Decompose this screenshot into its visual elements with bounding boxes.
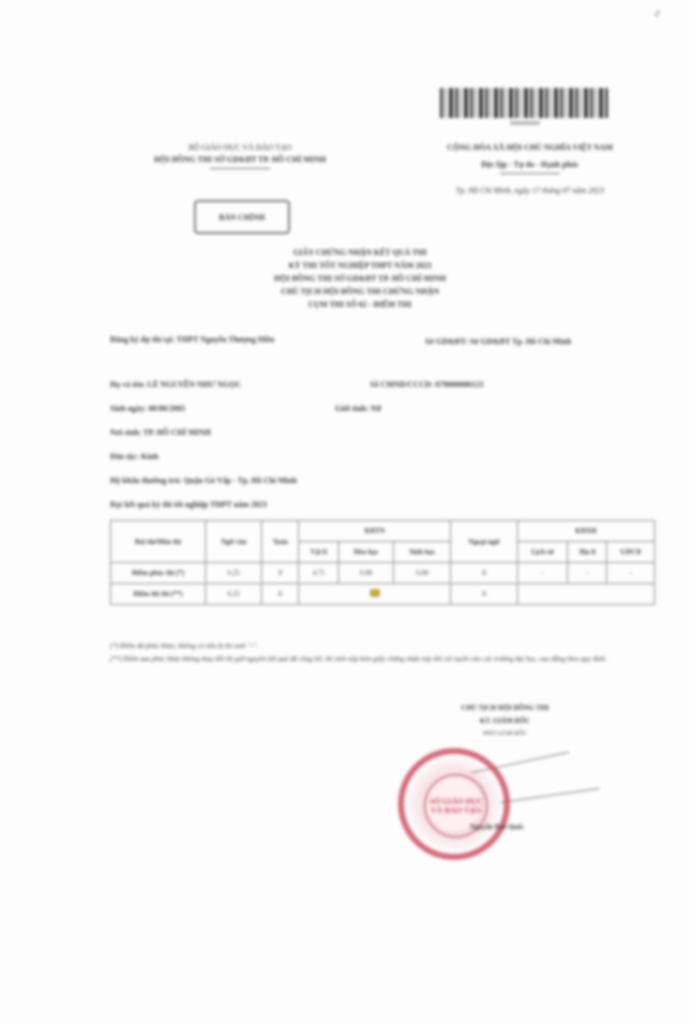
candidate-id: Số CMND/CCCD: 079000000123 — [370, 380, 483, 389]
candidate-ethnicity: Dân tộc: Kinh — [110, 452, 158, 461]
score-physics: 4.75 — [299, 563, 339, 584]
candidate-gender: Giới tính: Nữ — [335, 404, 381, 413]
candidate-residence: Hộ khẩu thường trú: Quận Gò Vấp - Tp. Hồ… — [110, 476, 297, 485]
title-line: CHỦ TỊCH HỘI ĐỒNG THI CHỨNG NHẬN — [200, 285, 520, 298]
score-toan: 8 — [262, 584, 299, 605]
candidate-dob: Sinh ngày: 00/00/2005 — [110, 404, 185, 413]
title-line: HỘI ĐỒNG THI SỞ GD&ĐT TP. HỒ CHÍ MINH — [200, 272, 520, 285]
header-khtn: KHTN — [299, 521, 451, 542]
header-left: BỘ GIÁO DỤC VÀ ĐÀO TẠO HỘI ĐỒNG THI SỞ G… — [100, 143, 380, 169]
header-right: CỘNG HÒA XÃ HỘI CHỦ NGHĨA VIỆT NAM Độc l… — [385, 143, 675, 195]
signature-block: CHỦ TỊCH HỘI ĐỒNG THI KT. GIÁM ĐỐC PHÓ G… — [420, 702, 590, 741]
score-khxh-merged — [517, 584, 654, 605]
exam-site-left: Đăng ký dự thi tại: THPT Nguyễn Thượng H… — [110, 335, 410, 344]
title-line: CỤM THI SỐ 02 - ĐIỂM THI — [200, 298, 520, 311]
signer-name: Nguyễn Bảo Quốc — [470, 823, 524, 831]
score-khtn-merged — [299, 584, 451, 605]
header-chemistry: Hóa học — [339, 542, 394, 563]
header-subject: Bài thi/Môn thi — [111, 521, 206, 563]
ministry: BỘ GIÁO DỤC VÀ ĐÀO TẠO — [100, 143, 380, 152]
table-row: Điểm phúc thi (*) 6.25 8 4.75 6.00 6.00 … — [111, 563, 655, 584]
score-geography: - — [568, 563, 607, 584]
score-toan: 8 — [262, 563, 299, 584]
title-line: KỲ THI TỐT NGHIỆP THPT NĂM 2023 — [200, 259, 520, 272]
barcode-number: 0000000000 — [485, 121, 565, 127]
header-van: Ngữ văn — [206, 521, 262, 563]
header-geography: Địa lí — [568, 542, 607, 563]
result-heading: Đạt kết quả kỳ thi tốt nghiệp THPT năm 2… — [110, 500, 267, 509]
score-van: 6.25 — [206, 584, 262, 605]
row-label: Điểm thi thi (**) — [111, 584, 206, 605]
signature-stroke — [500, 788, 599, 803]
header-physics: Vật lí — [299, 542, 339, 563]
score-history: - — [517, 563, 568, 584]
header-civics: GDCD — [607, 542, 655, 563]
motto: Độc lập - Tự do - Hạnh phúc — [385, 160, 675, 169]
nation: CỘNG HÒA XÃ HỘI CHỦ NGHĨA VIỆT NAM — [385, 143, 675, 152]
note: (*) Điểm đã phúc khảo; không có nếu là t… — [110, 640, 655, 653]
place-date: Tp. Hồ Chí Minh, ngày 17 tháng 07 năm 20… — [385, 186, 675, 195]
header-history: Lịch sử — [517, 542, 568, 563]
council: HỘI ĐỒNG THI SỞ GD&ĐT TP. HỒ CHÍ MINH — [100, 155, 380, 164]
score-table: Bài thi/Môn thi Ngữ văn Toán KHTN Ngoại … — [110, 520, 655, 605]
header-foreign: Ngoại ngữ — [451, 521, 517, 563]
divider — [210, 168, 270, 169]
candidate-name: Họ và tên: LÊ NGUYỄN NHƯ NGỌC — [110, 380, 241, 389]
candidate-birthplace: Nơi sinh: TP. HỒ CHÍ MINH — [110, 428, 211, 437]
score-civics: - — [607, 563, 655, 584]
score-table-wrap: Bài thi/Môn thi Ngữ văn Toán KHTN Ngoại … — [110, 520, 655, 605]
header-khxh: KHXH — [517, 521, 654, 542]
official-seal: SỞ GIÁO DỤC VÀ ĐÀO TẠO — [398, 748, 510, 860]
notes: (*) Điểm đã phúc khảo; không có nếu là t… — [110, 640, 655, 666]
note: (**) Điểm sau phúc khảo không thay đổi t… — [110, 653, 655, 666]
highlight-mark — [370, 589, 380, 597]
score-van: 6.25 — [206, 563, 262, 584]
score-foreign: 8 — [451, 563, 517, 584]
copy-label-box: BẢN CHÍNH — [194, 200, 290, 234]
signature-subtitle: KT. GIÁM ĐỐC — [420, 715, 590, 728]
title: GIẤY CHỨNG NHẬN KẾT QUẢ THI KỲ THI TỐT N… — [200, 246, 520, 311]
divider — [500, 173, 560, 174]
score-foreign: 8 — [451, 584, 517, 605]
score-biology: 6.00 — [394, 563, 451, 584]
copy-label: BẢN CHÍNH — [219, 213, 265, 222]
signature-role: PHÓ GIÁM ĐỐC — [420, 728, 590, 741]
signature-title: CHỦ TỊCH HỘI ĐỒNG THI — [420, 702, 590, 715]
table-row: Điểm thi thi (**) 6.25 8 8 — [111, 584, 655, 605]
exam-site-right: Sở GD&ĐT: Sở GD&ĐT Tp. Hồ Chí Minh — [425, 335, 635, 349]
header-toan: Toán — [262, 521, 299, 563]
score-chemistry: 6.00 — [339, 563, 394, 584]
barcode — [440, 88, 610, 118]
page-mark: 2 — [653, 8, 661, 19]
title-line: GIẤY CHỨNG NHẬN KẾT QUẢ THI — [200, 246, 520, 259]
row-label: Điểm phúc thi (*) — [111, 563, 206, 584]
header-biology: Sinh học — [394, 542, 451, 563]
